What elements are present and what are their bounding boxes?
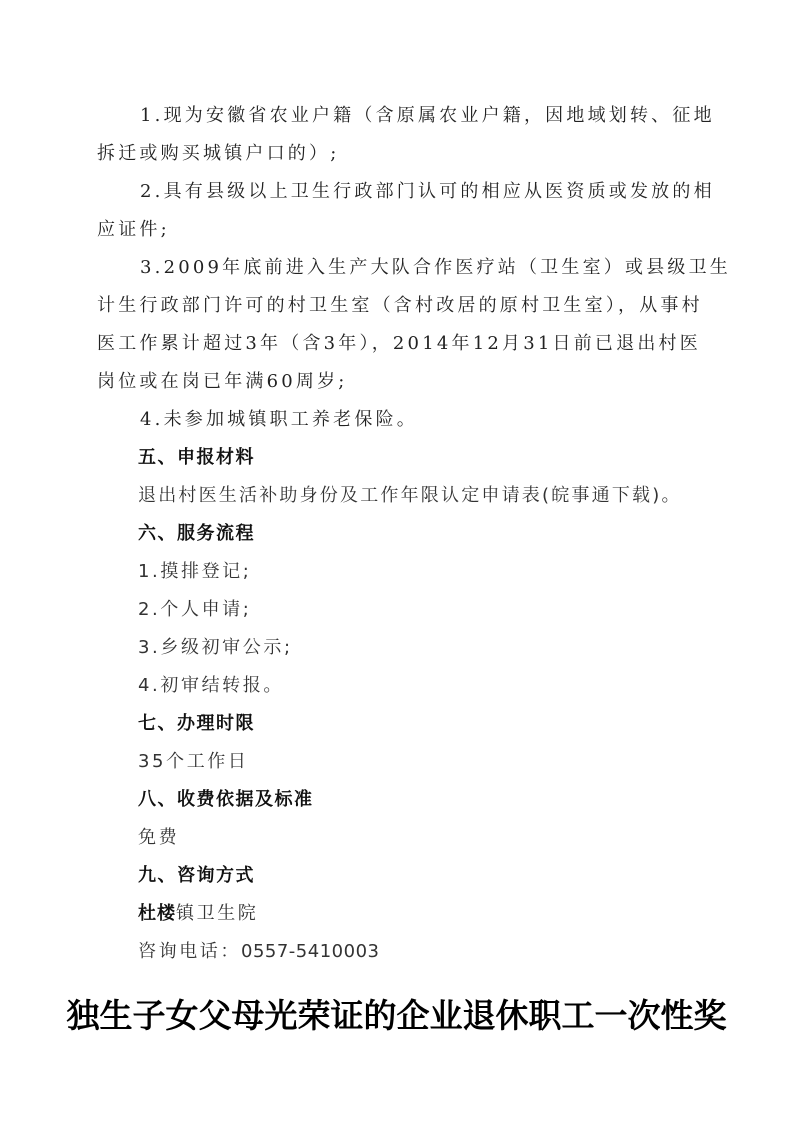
- section-heading-application-materials: 五、申报材料: [138, 446, 255, 470]
- section-heading-consultation: 九、咨询方式: [138, 864, 255, 888]
- process-step-4: 4.初审结转报。: [138, 674, 284, 698]
- document-page: 1.现为安徽省农业户籍（含原属农业户籍，因地域划转、征地 拆迁或购买城镇户口的）…: [0, 0, 793, 1122]
- eligibility-item-3-line-1: 3.2009年底前进入生产大队合作医疗站（卫生室）或县级卫生: [140, 256, 731, 280]
- section-heading-processing-time: 七、办理时限: [138, 712, 255, 736]
- contact-organization: 杜楼镇卫生院: [138, 902, 258, 926]
- contact-phone-label: 咨询电话：: [138, 941, 241, 962]
- contact-organization-name: 镇卫生院: [176, 903, 258, 924]
- process-step-3: 3.乡级初审公示;: [138, 636, 293, 660]
- process-step-1: 1.摸排登记;: [138, 560, 251, 584]
- eligibility-item-3-line-2: 计生行政部门许可的村卫生室（含村改居的原村卫生室），从事村: [97, 294, 703, 318]
- processing-time-text: 35个工作日: [138, 750, 249, 774]
- section-heading-fee-basis: 八、收费依据及标准: [138, 788, 314, 812]
- eligibility-item-3-line-4: 岗位或在岗已年满60周岁;: [97, 370, 348, 394]
- eligibility-item-3-line-3: 医工作累计超过3年（含3年），2014年12月31日前已退出村医: [97, 332, 701, 356]
- contact-phone-line: 咨询电话：0557-5410003: [138, 940, 379, 964]
- eligibility-item-1-line-1: 1.现为安徽省农业户籍（含原属农业户籍，因地域划转、征地: [140, 104, 715, 128]
- eligibility-item-4-line-1: 4.未参加城镇职工养老保险。: [140, 408, 418, 432]
- eligibility-item-2-line-1: 2.具有县级以上卫生行政部门认可的相应从医资质或发放的相: [140, 180, 715, 204]
- next-section-title: 独生子女父母光荣证的企业退休职工一次性奖: [0, 990, 793, 1037]
- contact-phone-number: 0557-5410003: [241, 941, 379, 962]
- section-heading-service-process: 六、服务流程: [138, 522, 255, 546]
- contact-organization-town: 杜楼: [138, 903, 176, 924]
- eligibility-item-2-line-2: 应证件;: [97, 218, 170, 242]
- fee-text: 免费: [138, 826, 179, 850]
- process-step-2: 2.个人申请;: [138, 598, 251, 622]
- eligibility-item-1-line-2: 拆迁或购买城镇户口的）;: [97, 142, 339, 166]
- application-materials-text: 退出村医生活补助身份及工作年限认定申请表(皖事通下载)。: [138, 484, 682, 508]
